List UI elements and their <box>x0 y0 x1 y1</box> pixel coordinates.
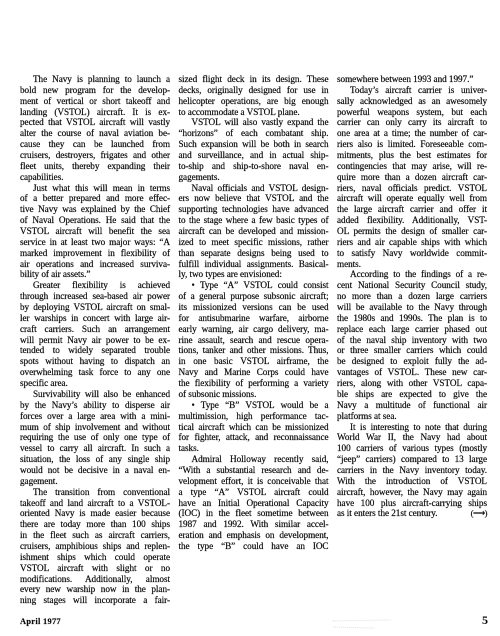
text-line: fleet units, thereby expanding their <box>20 161 170 172</box>
text-line: Navy and Marine Corps could have <box>179 367 329 378</box>
text-line: takeoff and land aircraft to a VSTOL- <box>20 498 170 509</box>
text-line: ments. <box>337 259 487 270</box>
text-line: Survivability will also be enhanced <box>20 389 170 400</box>
text-line: early warning, air cargo delivery, ma- <box>179 324 329 335</box>
text-line: vantages of VSTOL. These new car- <box>337 367 487 378</box>
article-text-block: The Navy is planning to launch abold new… <box>20 74 487 606</box>
text-line: overwhelming task force to any one <box>20 367 170 378</box>
page-number: 5 <box>482 613 488 628</box>
text-line: aircraft will operate equally well from <box>337 193 487 204</box>
text-line: a type “A” VSTOL aircraft could <box>179 487 329 498</box>
text-line: craft carriers. Such an arrangement <box>20 324 170 335</box>
text-line: quire more than a dozen aircraft car- <box>337 172 487 183</box>
text-line: contingencies that may arise, will re- <box>337 161 487 172</box>
text-line: of a better prepared and more effec- <box>20 193 170 204</box>
text-line: or three smaller carriers which could <box>337 345 487 356</box>
text-line: for antisubmarine warfare, airborne <box>179 313 329 324</box>
text-line: of subsonic missions. <box>179 389 329 400</box>
text-line: decks, originally designed for use in <box>179 85 329 96</box>
text-line: tions, tanker and other missions. Thus, <box>179 345 329 356</box>
text-line: the 1980s and 1990s. The plan is to <box>337 313 487 324</box>
text-line: cruisers, amphibious ships and replen- <box>20 541 170 552</box>
text-line: ment of vertical or short takeoff and <box>20 96 170 107</box>
text-line: carriers in the Navy inventory today. <box>337 465 487 476</box>
text-line: have 100 plus aircraft-carrying ships <box>337 498 487 509</box>
text-line: Today’s aircraft carrier is univer- <box>337 85 487 96</box>
text-line: According to the findings of a re- <box>337 269 487 280</box>
text-line: vessel to carry all aircraft. In such a <box>20 443 170 454</box>
text-line: It is interesting to note that during <box>337 422 487 433</box>
text-line: no more than a dozen large carriers <box>337 291 487 302</box>
continuation-arrow: (⟶) <box>471 508 487 519</box>
text-line: tasks. <box>179 443 329 454</box>
text-line: powerful weapons system, but each <box>337 107 487 118</box>
text-line: gagement. <box>20 476 170 487</box>
text-line: every new warship now in the plan- <box>20 584 170 595</box>
text-line: (IOC) in the fleet sometime between <box>179 508 329 519</box>
text-line: alter the course of naval aviation be- <box>20 128 170 139</box>
text-line: would not be decisive in a naval en- <box>20 465 170 476</box>
text-line: riers and air capable ships with which <box>337 237 487 248</box>
text-line: bold new program for the develop- <box>20 85 170 96</box>
text-line: aircraft, however, the Navy may again <box>337 487 487 498</box>
text-line: in one basic VSTOL airframe, the <box>179 356 329 367</box>
text-line: be designed to exploit fully the ad- <box>337 356 487 367</box>
text-line: fulfill individual assignments. Basical- <box>179 259 329 270</box>
text-line: for fighter, attack, and reconnaissance <box>179 432 329 443</box>
text-line: VSTOL aircraft with slight or no <box>20 563 170 574</box>
text-line: specific area. <box>20 378 170 389</box>
text-line: replace each large carrier phased out <box>337 324 487 335</box>
text-line: will be available to the Navy through <box>337 302 487 313</box>
text-line: one area at a time; the number of car- <box>337 128 487 139</box>
text-line: Naval officials and VSTOL design- <box>179 183 329 194</box>
text-line: as it enters the 21st century.(⟶) <box>337 508 487 519</box>
text-line: have an Initial Operational Capacity <box>179 498 329 509</box>
text-line: aircraft can be developed and mission- <box>179 226 329 237</box>
magazine-page: The Navy is planning to launch abold new… <box>0 0 500 636</box>
text-line: “horizons” of each combatant ship. <box>179 128 329 139</box>
text-line: “jeep” carriers) compared to 13 large <box>337 454 487 465</box>
text-line: • Type “B” VSTOL would be a <box>179 400 329 411</box>
text-line: ning stages will incorporate a fair- <box>20 595 170 606</box>
text-line: to-ship and ship-to-shore naval en- <box>179 161 329 172</box>
text-line: marked improvement in flexibility of <box>20 248 170 259</box>
text-line: OL permits the design of smaller car- <box>337 226 487 237</box>
text-line: ler warships in concert with large air- <box>20 313 170 324</box>
text-line: Admiral Holloway recently said, <box>179 454 329 465</box>
text-line: Navy a multitude of functional air <box>337 400 487 411</box>
text-line: by deploying VSTOL aircraft on smal- <box>20 302 170 313</box>
text-line: to the stage where a few basic types of <box>179 215 329 226</box>
text-line: cause they can be launched from <box>20 139 170 150</box>
text-line: ly, two types are envisioned: <box>179 269 329 280</box>
text-line: the large aircraft carrier and offer it <box>337 204 487 215</box>
text-line: Such expansion will be both in search <box>179 139 329 150</box>
text-line: situation, the loss of any single ship <box>20 454 170 465</box>
text-line: cent National Security Council study, <box>337 280 487 291</box>
text-line: tical aircraft which can be missionized <box>179 422 329 433</box>
text-line: requiring the use of only one type of <box>20 432 170 443</box>
text-line: to satisfy Navy worldwide commit- <box>337 248 487 259</box>
text-line: spots without having to dispatch an <box>20 356 170 367</box>
text-line: to accommodate a VSTOL plane. <box>179 107 329 118</box>
text-line: tended to widely separated trouble <box>20 345 170 356</box>
text-line: than separate designs being used to <box>179 248 329 259</box>
text-line: multimission, high performance tac- <box>179 411 329 422</box>
text-line: VSTOL aircraft will benefit the sea <box>20 226 170 237</box>
text-line: tive Navy was explained by the Chief <box>20 204 170 215</box>
text-column-2: sized flight deck in its design. Thesede… <box>179 74 329 606</box>
text-line: velopment effort, it is conceivable that <box>179 476 329 487</box>
text-line: oriented Navy is made easier because <box>20 508 170 519</box>
text-line: Just what this will mean in terms <box>20 183 170 194</box>
text-line: of Naval Operations. He said that the <box>20 215 170 226</box>
text-line: by the Navy’s ability to disperse air <box>20 400 170 411</box>
text-column-1: The Navy is planning to launch abold new… <box>20 74 170 606</box>
text-line-content: as it enters the 21st century. <box>337 508 437 519</box>
text-line: helicopter operations, are big enough <box>179 96 329 107</box>
text-column-3: somewhere between 1993 and 1997.”Today’s… <box>337 74 487 606</box>
text-line: of the naval ship inventory with two <box>337 335 487 346</box>
text-line: sized flight deck in its design. These <box>179 74 329 85</box>
text-line: added flexibility. Additionally, VST- <box>337 215 487 226</box>
text-line: pected that VSTOL aircraft will vastly <box>20 117 170 128</box>
text-line: gagements. <box>179 172 329 183</box>
text-line: modifications. Additionally, almost <box>20 574 170 585</box>
text-line: there are today more than 100 ships <box>20 519 170 530</box>
text-line: rine assault, search and rescue opera- <box>179 335 329 346</box>
text-line: the flexibility of performing a variety <box>179 378 329 389</box>
text-line: • Type “A” VSTOL could consist <box>179 280 329 291</box>
text-line: air operations and increased surviva- <box>20 259 170 270</box>
text-line: forces over a large area with a mini- <box>20 411 170 422</box>
text-line: riers, naval officials predict. VSTOL <box>337 183 487 194</box>
text-line: Greater flexibility is achieved <box>20 280 170 291</box>
text-line: cruisers, destroyers, frigates and other <box>20 150 170 161</box>
text-line: service in at least two major ways: “A <box>20 237 170 248</box>
text-line: and surveillance, and in actual ship- <box>179 150 329 161</box>
text-line: The transition from conventional <box>20 487 170 498</box>
text-line: eration and emphasis on development, <box>179 530 329 541</box>
text-line: through increased sea-based air power <box>20 291 170 302</box>
text-line: ized to meet specific missions, rather <box>179 237 329 248</box>
text-line: carrier can only carry its aircraft to <box>337 117 487 128</box>
text-line: “With a substantial research and de- <box>179 465 329 476</box>
text-line: ishment ships which could operate <box>20 552 170 563</box>
text-line: will permit Navy air power to be ex- <box>20 335 170 346</box>
text-line: The Navy is planning to launch a <box>20 74 170 85</box>
text-line: 100 carriers of various types (mostly <box>337 443 487 454</box>
text-line: With the introduction of VSTOL <box>337 476 487 487</box>
text-line: in the fleet such as aircraft carriers, <box>20 530 170 541</box>
page-footer: April 1977 5 <box>20 613 488 628</box>
text-line: supporting technologies have advanced <box>179 204 329 215</box>
text-line: platforms at sea. <box>337 411 487 422</box>
text-line: of a general purpose subsonic aircraft; <box>179 291 329 302</box>
text-line: mitments, plus the best estimates for <box>337 150 487 161</box>
text-line: 1987 and 1992. With similar accel- <box>179 519 329 530</box>
text-line: riers, along with other VSTOL capa- <box>337 378 487 389</box>
text-line: mum of ship involvement and without <box>20 422 170 433</box>
text-line: World War II, the Navy had about <box>337 432 487 443</box>
issue-date: April 1977 <box>20 617 61 626</box>
text-line: capabilities. <box>20 172 170 183</box>
text-line: its missionized versions can be used <box>179 302 329 313</box>
text-line: riers also is limited. Foreseeable com- <box>337 139 487 150</box>
text-line: ers now believe that VSTOL and the <box>179 193 329 204</box>
text-line: VSTOL will also vastly expand the <box>179 117 329 128</box>
text-line: sally acknowledged as an awesomely <box>337 96 487 107</box>
text-line: landing (VSTOL) aircraft. It is ex- <box>20 107 170 118</box>
text-line: somewhere between 1993 and 1997.” <box>337 74 487 85</box>
text-line: the type “B” could have an IOC <box>179 541 329 552</box>
text-line: bility of air assets.” <box>20 269 170 280</box>
text-line: ble ships are expected to give the <box>337 389 487 400</box>
